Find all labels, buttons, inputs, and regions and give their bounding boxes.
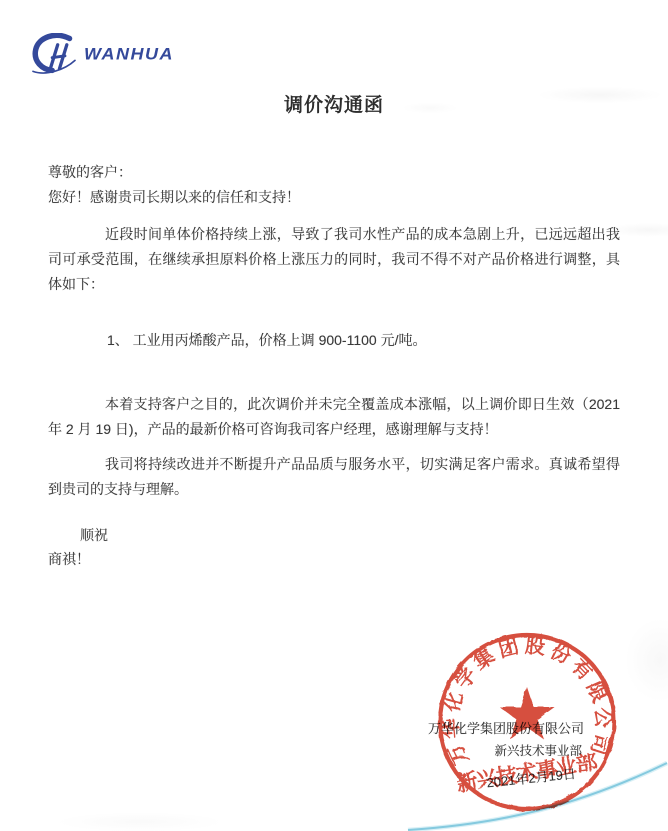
company-seal: 万华化学集团股份有限公司 新兴技术事业部 bbox=[432, 627, 622, 817]
seal-bottom-text: 新兴技术事业部 bbox=[455, 750, 599, 796]
paragraph-commitment: 我司将持续改进并不断提升产品品质与服务水平，切实满足客户需求。真诚希望得到贵司的… bbox=[48, 452, 620, 502]
salutation-line: 尊敬的客户： bbox=[48, 160, 620, 185]
letter-page: WANHUA 调价沟通函 尊敬的客户： 您好！感谢贵司长期以来的信任和支持！ 近… bbox=[0, 0, 668, 831]
red-star-icon bbox=[499, 687, 554, 740]
paragraph-effective-date: 本着支持客户之目的，此次调价并未完全覆盖成本涨幅，以上调价即日生效（2021 年… bbox=[48, 392, 620, 442]
greeting-line: 您好！感谢贵司长期以来的信任和支持！ bbox=[48, 185, 620, 210]
paragraph-price-rise: 近段时间单体价格持续上涨，导致了我司水性产品的成本急剧上升，已远远超出我司可承受… bbox=[48, 222, 620, 297]
logo-wordmark: WANHUA bbox=[84, 44, 174, 63]
company-logo: WANHUA bbox=[31, 33, 174, 75]
wanhua-swoosh-icon bbox=[31, 33, 77, 75]
price-adjustment-item: 1、 工业用丙烯酸产品，价格上调 900-1100 元/吨。 bbox=[48, 328, 620, 353]
closing-salute-line: 商祺！ bbox=[48, 547, 620, 572]
closing-wish-line: 顺祝 bbox=[48, 523, 620, 548]
letter-title: 调价沟通函 bbox=[0, 90, 668, 117]
